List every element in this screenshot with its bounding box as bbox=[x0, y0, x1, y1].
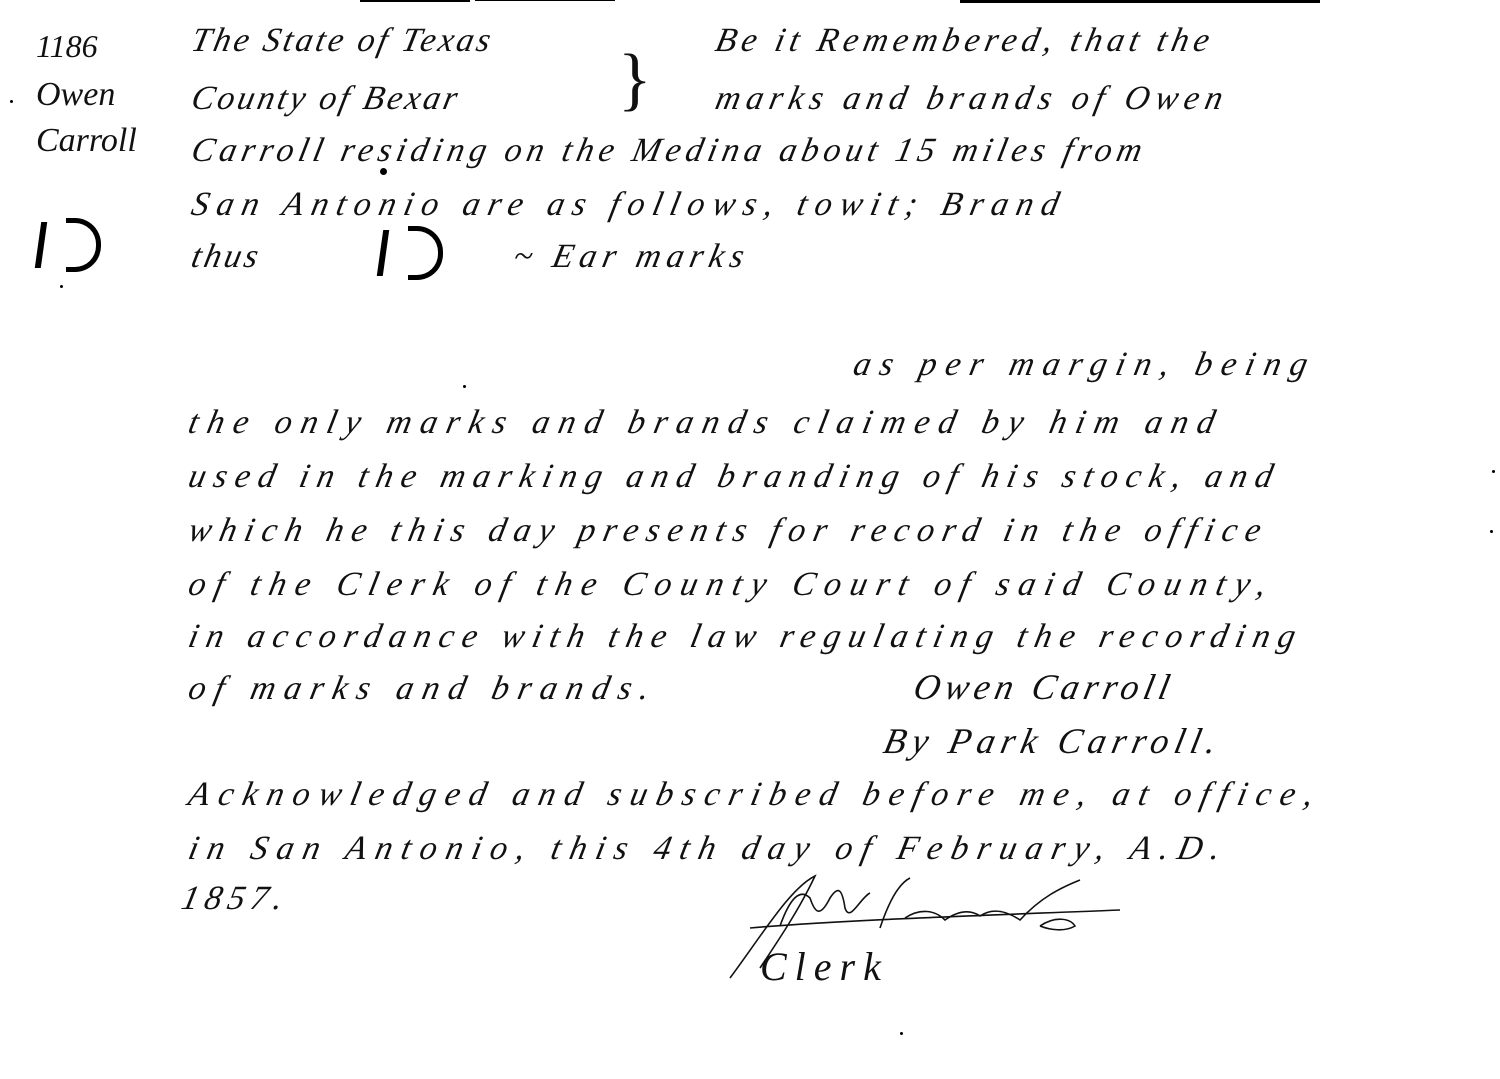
margin-name-last: Carroll bbox=[36, 122, 137, 160]
svg-text:Clerk: Clerk bbox=[760, 944, 889, 988]
body-line-6: ~ Ear marks bbox=[510, 238, 754, 276]
body-line-2: marks and brands of Owen bbox=[712, 80, 1232, 118]
inline-brand-mark bbox=[380, 226, 443, 280]
scan-speck bbox=[10, 100, 13, 103]
record-number: 1186 bbox=[36, 28, 98, 65]
body-line-13: of marks and brands. bbox=[185, 670, 662, 708]
margin-name-first: Owen bbox=[36, 76, 115, 114]
header-state: The State of Texas bbox=[188, 22, 497, 60]
scan-speck bbox=[1490, 530, 1493, 533]
header-county: County of Bexar bbox=[188, 80, 464, 118]
body-line-7: as per margin, being bbox=[850, 346, 1320, 384]
brand-bar-icon bbox=[35, 222, 47, 268]
owner-signature: Owen Carroll bbox=[910, 666, 1179, 708]
body-line-8: the only marks and brands claimed by him… bbox=[185, 404, 1227, 442]
body-line-4: San Antonio are as follows, towit; Brand bbox=[188, 186, 1071, 224]
body-line-3: Carroll residing on the Medina about 15 … bbox=[188, 132, 1151, 170]
owner-signature-proxy: By Park Carroll. bbox=[880, 720, 1227, 762]
body-line-12: in accordance with the law regulating th… bbox=[185, 618, 1307, 656]
scan-edge-line bbox=[360, 0, 470, 2]
acknowledgement-line-1: Acknowledged and subscribed before me, a… bbox=[185, 776, 1326, 814]
scan-speck bbox=[463, 385, 466, 388]
signature-flourish-icon: Clerk bbox=[720, 868, 1160, 988]
body-line-1: Be it Remembered, that the bbox=[712, 22, 1218, 60]
body-line-9: used in the marking and branding of his … bbox=[185, 458, 1284, 496]
scan-speck bbox=[1492, 470, 1495, 473]
ink-blot bbox=[380, 168, 387, 175]
body-line-10: which he this day presents for record in… bbox=[185, 512, 1272, 550]
scan-speck bbox=[60, 285, 63, 288]
scan-speck bbox=[900, 1032, 903, 1035]
body-line-5: thus bbox=[188, 238, 265, 276]
body-line-11: of the Clerk of the County Court of said… bbox=[185, 566, 1279, 604]
brand-bar-icon bbox=[377, 230, 389, 276]
brand-hook-icon bbox=[408, 226, 443, 280]
brand-hook-icon bbox=[66, 218, 101, 272]
margin-brand-mark bbox=[38, 218, 101, 272]
scan-edge-line bbox=[960, 0, 1320, 3]
acknowledgement-year: 1857. bbox=[178, 880, 293, 918]
scan-edge-line bbox=[475, 0, 615, 1]
brace-mark: } bbox=[618, 40, 652, 120]
acknowledgement-line-2: in San Antonio, this 4th day of February… bbox=[185, 830, 1233, 868]
clerk-signature: Clerk bbox=[720, 868, 1160, 988]
